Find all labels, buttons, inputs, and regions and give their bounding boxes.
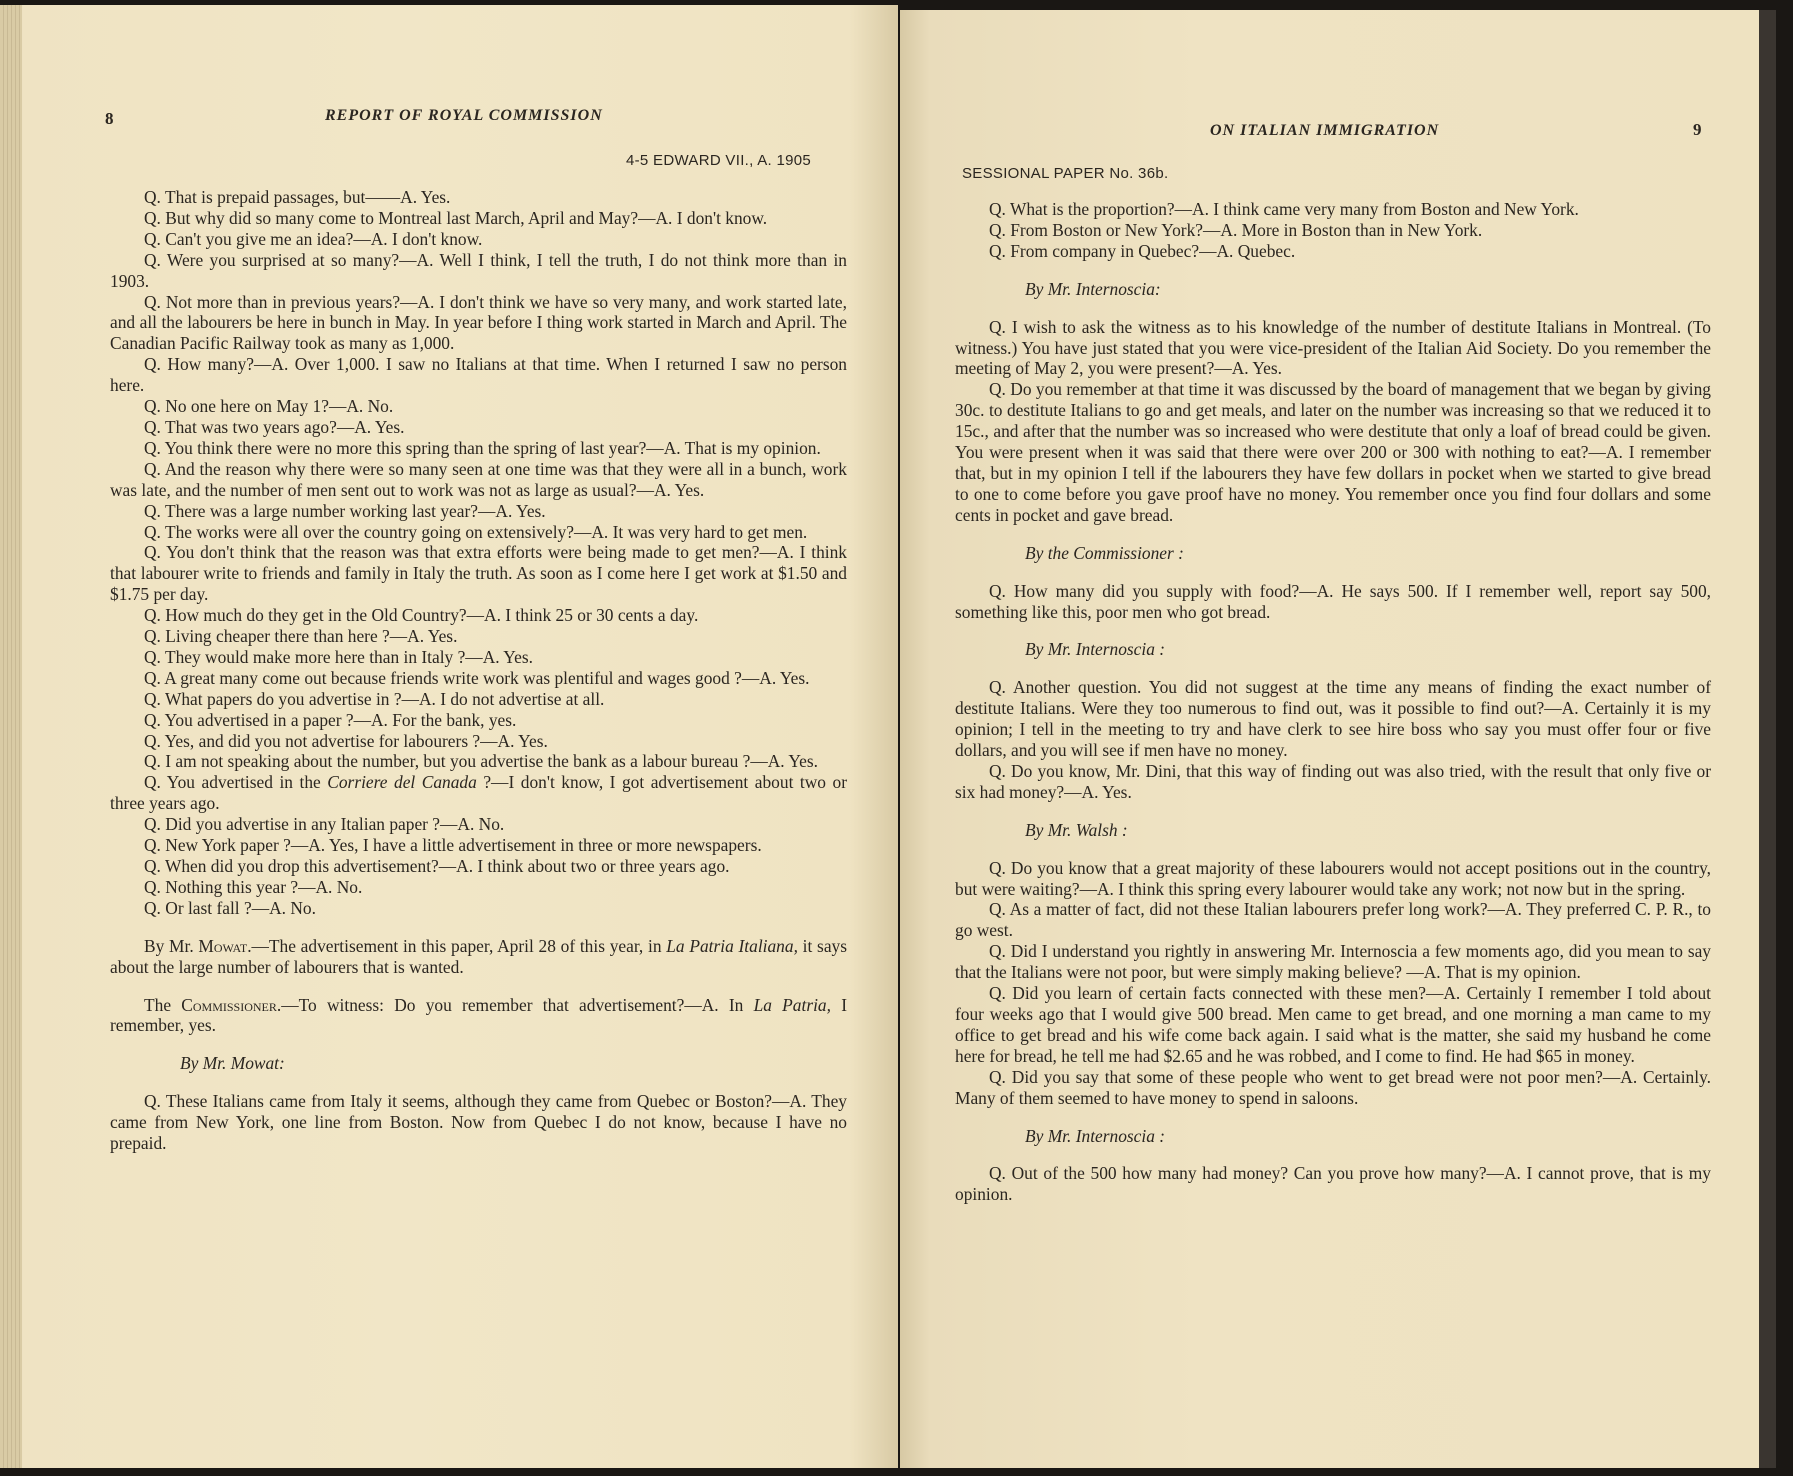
- qa-paragraph: Q. But why did so many come to Montreal …: [110, 208, 847, 229]
- text-run: Mowat: [198, 936, 247, 956]
- qa-paragraph: Q. From Boston or New York?—A. More in B…: [955, 220, 1711, 241]
- qa-paragraph: Q. As a matter of fact, did not these It…: [955, 899, 1711, 941]
- examiner-byline: By Mr. Mowat:: [110, 1053, 847, 1074]
- qa-paragraph: Q. Nothing this year ?—A. No.: [110, 877, 847, 898]
- text-run: Corriere del Canada: [327, 772, 477, 792]
- qa-paragraph: Q. They would make more here than in Ita…: [110, 647, 847, 668]
- qa-paragraph: Q. Yes, and did you not advertise for la…: [110, 731, 847, 752]
- text-run: La Patria,: [754, 995, 831, 1015]
- qa-paragraph: Q. How many did you supply with food?—A.…: [955, 581, 1711, 623]
- qa-paragraph: Q. What is the proportion?—A. I think ca…: [955, 199, 1711, 220]
- left-page-body: Q. That is prepaid passages, but——A. Yes…: [110, 187, 847, 1154]
- qa-paragraph: Q. Did you advertise in any Italian pape…: [110, 814, 847, 835]
- qa-paragraph: Q. Did you say that some of these people…: [955, 1067, 1711, 1109]
- qa-paragraph: Q. Living cheaper there than here ?—A. Y…: [110, 626, 847, 647]
- qa-paragraph: Q. Can't you give me an idea?—A. I don't…: [110, 229, 847, 250]
- page-number: 9: [1693, 120, 1702, 140]
- page-number: 8: [105, 109, 114, 129]
- qa-paragraph: Q. You don't think that the reason was t…: [110, 542, 847, 605]
- qa-paragraph: Q. How much do they get in the Old Count…: [110, 605, 847, 626]
- qa-paragraph: Q. New York paper ?—A. Yes, I have a lit…: [110, 835, 847, 856]
- right-page-body: Q. What is the proportion?—A. I think ca…: [955, 199, 1711, 1205]
- text-run: La Patria Italiana,: [666, 936, 798, 956]
- statement-paragraph: The Commissioner.—To witness: Do you rem…: [110, 995, 847, 1037]
- qa-paragraph: Q. How many?—A. Over 1,000. I saw no Ita…: [110, 354, 847, 396]
- qa-paragraph: Q. From company in Quebec?—A. Quebec.: [955, 241, 1711, 262]
- qa-paragraph: Q. A great many come out because friends…: [110, 668, 847, 689]
- qa-paragraph: Q. The works were all over the country g…: [110, 522, 847, 543]
- qa-paragraph: Q. No one here on May 1?—A. No.: [110, 396, 847, 417]
- text-run: Q. You advertised in the: [144, 772, 327, 792]
- qa-paragraph: Q. There was a large number working last…: [110, 501, 847, 522]
- qa-paragraph: Q. Were you surprised at so many?—A. Wel…: [110, 250, 847, 292]
- text-run: Commissioner: [181, 995, 277, 1015]
- examiner-byline: By the Commissioner :: [955, 543, 1711, 564]
- qa-paragraph: Q. That was two years ago?—A. Yes.: [110, 417, 847, 438]
- left-page: 8 REPORT OF ROYAL COMMISSION 4-5 EDWARD …: [0, 5, 898, 1468]
- qa-paragraph: Q. Out of the 500 how many had money? Ca…: [955, 1163, 1711, 1205]
- qa-paragraph: Q. You think there were no more this spr…: [110, 438, 847, 459]
- sessional-paper-heading: SESSIONAL PAPER No. 36b.: [962, 165, 1168, 182]
- qa-paragraph: Q. Do you know, Mr. Dini, that this way …: [955, 761, 1711, 803]
- examiner-byline: By Mr. Walsh :: [955, 820, 1711, 841]
- page-edge-shadow: [1759, 10, 1776, 1468]
- examiner-byline: By Mr. Internoscia :: [955, 639, 1711, 660]
- book-spread: 8 REPORT OF ROYAL COMMISSION 4-5 EDWARD …: [0, 0, 1793, 1476]
- text-run: The: [144, 995, 181, 1015]
- qa-paragraph: Q. Did I understand you rightly in answe…: [955, 941, 1711, 983]
- qa-paragraph: Q. Did you learn of certain facts connec…: [955, 983, 1711, 1067]
- statement-paragraph: By Mr. Mowat.—The advertisement in this …: [110, 936, 847, 978]
- examiner-byline: By Mr. Internoscia :: [955, 1126, 1711, 1147]
- qa-paragraph: Q. You advertised in a paper ?—A. For th…: [110, 710, 847, 731]
- qa-paragraph: Q. These Italians came from Italy it see…: [110, 1091, 847, 1154]
- qa-paragraph: Q. You advertised in the Corriere del Ca…: [110, 772, 847, 814]
- text-run: .—The advertisement in this paper, April…: [247, 936, 666, 956]
- right-page: ON ITALIAN IMMIGRATION 9 SESSIONAL PAPER…: [900, 10, 1776, 1468]
- qa-paragraph: Q. Another question. You did not suggest…: [955, 677, 1711, 761]
- volume-heading: 4-5 EDWARD VII., A. 1905: [626, 152, 811, 169]
- qa-paragraph: Q. I am not speaking about the number, b…: [110, 751, 847, 772]
- stacked-page-edges: [0, 5, 22, 1468]
- running-head: REPORT OF ROYAL COMMISSION: [325, 107, 603, 125]
- qa-paragraph: Q. Do you know that a great majority of …: [955, 858, 1711, 900]
- running-head: ON ITALIAN IMMIGRATION: [1210, 122, 1439, 140]
- text-run: By Mr.: [144, 936, 198, 956]
- text-run: .—To witness: Do you remember that adver…: [277, 995, 754, 1015]
- qa-paragraph: Q. I wish to ask the witness as to his k…: [955, 317, 1711, 380]
- qa-paragraph: Q. When did you drop this advertisement?…: [110, 856, 847, 877]
- qa-paragraph: Q. Not more than in previous years?—A. I…: [110, 292, 847, 355]
- qa-paragraph: Q. That is prepaid passages, but——A. Yes…: [110, 187, 847, 208]
- qa-paragraph: Q. Or last fall ?—A. No.: [110, 898, 847, 919]
- examiner-byline: By Mr. Internoscia:: [955, 279, 1711, 300]
- qa-paragraph: Q. Do you remember at that time it was d…: [955, 379, 1711, 525]
- qa-paragraph: Q. What papers do you advertise in ?—A. …: [110, 689, 847, 710]
- qa-paragraph: Q. And the reason why there were so many…: [110, 459, 847, 501]
